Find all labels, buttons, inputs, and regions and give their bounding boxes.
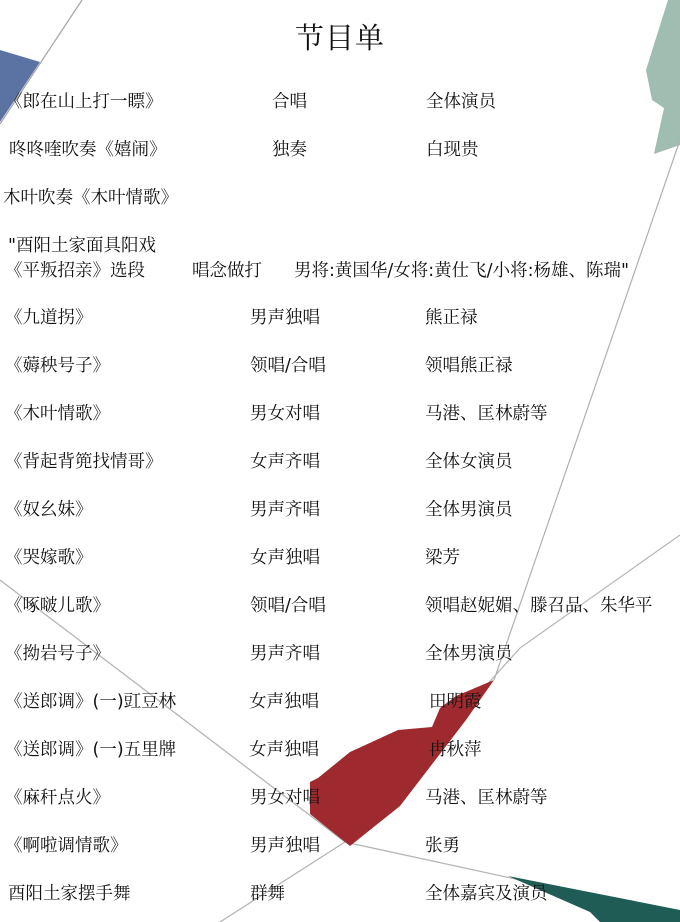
- program-title-line2: 《平叛招亲》选段: [5, 256, 145, 286]
- program-performer: 全体嘉宾及演员: [425, 879, 548, 909]
- program-performer: 马港、匡林蔚等: [425, 783, 548, 813]
- program-type: 群舞: [250, 879, 285, 909]
- program-type: 独奏: [272, 135, 307, 165]
- program-type: 男女对唱: [250, 783, 320, 813]
- program-performer: 领唱赵妮媚、滕召品、朱华平: [425, 591, 653, 621]
- program-title: 《奴幺妹》: [5, 495, 93, 525]
- program-title: 《木叶情歌》: [5, 399, 110, 429]
- program-performer: 马港、匡林蔚等: [425, 399, 548, 429]
- program-title: 《九道拐》: [5, 303, 93, 333]
- program-title: 《送郎调》(一)五里牌: [5, 735, 176, 765]
- program-title: 《送郎调》(一)豇豆林: [5, 687, 176, 717]
- program-row: 《平叛招亲》选段 唱念做打 男将:黄国华/女将:黄仕飞/小将:杨雄、陈瑞": [0, 256, 680, 286]
- program-type: 唱念做打: [192, 256, 262, 286]
- program-row: 《送郎调》(一)五里牌 女声独唱 冉秋萍: [0, 735, 680, 765]
- program-title: 《郎在山上打一瞟》: [5, 87, 163, 117]
- program-type: 合唱: [272, 87, 307, 117]
- program-type: 领唱/合唱: [250, 591, 326, 621]
- program-row: 《九道拐》 男声独唱 熊正禄: [0, 303, 680, 333]
- program-performer: 全体男演员: [425, 495, 513, 525]
- program-performer: 全体男演员: [425, 639, 513, 669]
- program-row: 《啄啵儿歌》 领唱/合唱 领唱赵妮媚、滕召品、朱华平: [0, 591, 680, 621]
- program-row: 《奴幺妹》 男声齐唱 全体男演员: [0, 495, 680, 525]
- program-performer: 梁芳: [425, 543, 460, 573]
- program-row: 《背起背篼找情哥》 女声齐唱 全体女演员: [0, 447, 680, 477]
- program-title: 《薅秧号子》: [5, 351, 110, 381]
- program-title: 木叶吹奏《木叶情歌》: [3, 183, 178, 213]
- program-performer: 男将:黄国华/女将:黄仕飞/小将:杨雄、陈瑞": [294, 256, 629, 286]
- program-type: 男声独唱: [250, 831, 320, 861]
- program-type: 女声齐唱: [250, 447, 320, 477]
- program-type: 男声独唱: [250, 303, 320, 333]
- program-title: 《啄啵儿歌》: [5, 591, 110, 621]
- program-row: 《送郎调》(一)豇豆林 女声独唱 田明霞: [0, 687, 680, 717]
- program-row: 木叶吹奏《木叶情歌》: [0, 183, 680, 213]
- program-title: 《麻秆点火》: [5, 783, 110, 813]
- program-title: 酉阳土家摆手舞: [8, 879, 131, 909]
- program-performer: 冉秋萍: [429, 735, 482, 765]
- program-title-line1: "酉阳土家面具阳戏: [8, 234, 156, 258]
- program-row: 《郎在山上打一瞟》 合唱 全体演员: [0, 87, 680, 117]
- program-type: 男声齐唱: [250, 495, 320, 525]
- program-row-multiline: "酉阳土家面具阳戏: [8, 234, 156, 258]
- program-row: 《木叶情歌》 男女对唱 马港、匡林蔚等: [0, 399, 680, 429]
- program-performer: 熊正禄: [425, 303, 478, 333]
- program-type: 男声齐唱: [250, 639, 320, 669]
- program-title: 《哭嫁歌》: [5, 543, 93, 573]
- program-performer: 张勇: [425, 831, 460, 861]
- program-performer: 白现贵: [426, 135, 479, 165]
- program-title: 《啊啦调情歌》: [5, 831, 128, 861]
- program-type: 女声独唱: [249, 687, 319, 717]
- program-list-document: 节目单 《郎在山上打一瞟》 合唱 全体演员 咚咚喹吹奏《嬉闹》 独奏 白现贵 木…: [0, 0, 680, 922]
- program-performer: 全体女演员: [425, 447, 513, 477]
- program-title: 《拗岩号子》: [5, 639, 110, 669]
- program-row: 《哭嫁歌》 女声独唱 梁芳: [0, 543, 680, 573]
- program-performer: 全体演员: [426, 87, 496, 117]
- program-row: 《麻秆点火》 男女对唱 马港、匡林蔚等: [0, 783, 680, 813]
- program-type: 男女对唱: [250, 399, 320, 429]
- program-performer: 田明霞: [429, 687, 482, 717]
- program-type: 女声独唱: [249, 735, 319, 765]
- program-type: 领唱/合唱: [250, 351, 326, 381]
- program-title: 《背起背篼找情哥》: [5, 447, 163, 477]
- program-row: 《薅秧号子》 领唱/合唱 领唱熊正禄: [0, 351, 680, 381]
- page-title: 节目单: [0, 16, 680, 57]
- program-row: 《拗岩号子》 男声齐唱 全体男演员: [0, 639, 680, 669]
- program-row: 酉阳土家摆手舞 群舞 全体嘉宾及演员: [0, 879, 680, 909]
- program-type: 女声独唱: [250, 543, 320, 573]
- program-performer: 领唱熊正禄: [425, 351, 513, 381]
- program-title: 咚咚喹吹奏《嬉闹》: [9, 135, 167, 165]
- program-row: 《啊啦调情歌》 男声独唱 张勇: [0, 831, 680, 861]
- program-row: 咚咚喹吹奏《嬉闹》 独奏 白现贵: [0, 135, 680, 165]
